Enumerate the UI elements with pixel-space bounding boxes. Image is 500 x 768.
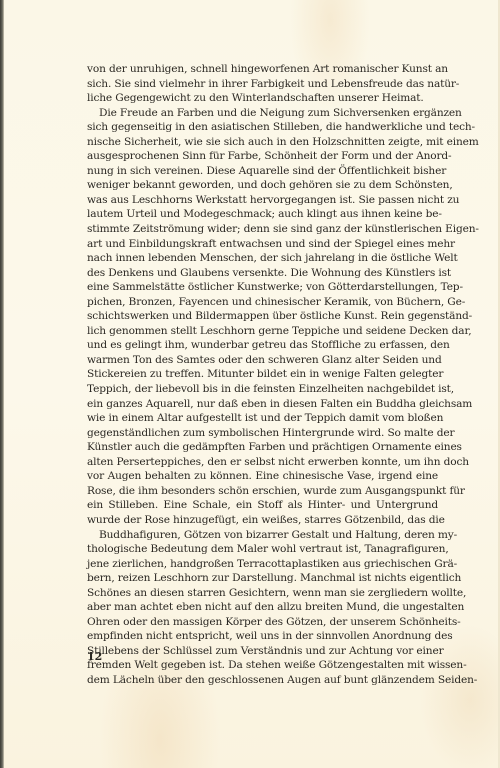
text-line: empfinden nicht entspricht, weil uns in … [87,629,438,644]
text-line: gegenständlichen zum symbolischen Hinter… [87,426,438,441]
text-line: bern, reizen Leschhorn zur Darstellung. … [87,571,438,586]
page-number: 12 [87,650,102,663]
text-line: was aus Leschhorns Werkstatt hervorgegan… [87,193,438,208]
text-line: Rose, die ihm besonders schön erschien, … [87,484,438,499]
text-line: ein ganzes Aquarell, nur daß eben in die… [87,397,438,412]
text-line: schichtswerken und Bildermappen über öst… [87,309,438,324]
text-line: fremden Welt gegeben ist. Da stehen weiß… [87,658,438,673]
text-line: lich genommen stellt Leschhorn gerne Tep… [87,324,438,339]
text-line: art und Einbildungskraft entwachsen und … [87,237,438,252]
text-line: jene zierlichen, handgroßen Terracottapl… [87,557,438,572]
text-line: pichen, Bronzen, Fayencen und chinesisch… [87,295,438,310]
page-binding-edge [0,0,4,768]
text-line: des Denkens und Glaubens versenkte. Die … [87,266,438,281]
text-line: Künstler auch die gedämpften Farben und … [87,440,438,455]
text-line: ausgesprochenen Sinn für Farbe, Schönhei… [87,149,438,164]
text-line: dem Lächeln über den geschlossenen Augen… [87,673,438,688]
text-line: ein Stilleben. Eine Schale, ein Stoff al… [87,498,438,513]
text-line: nische Sicherheit, wie sie sich auch in … [87,135,438,150]
text-line: eine Sammelstätte östlicher Kunstwerke; … [87,280,438,295]
text-line: Schönes an diesen starren Gesichtern, we… [87,586,438,601]
text-line: von der unruhigen, schnell hingeworfenen… [87,62,438,77]
text-line: sich gegenseitig in den asiatischen Stil… [87,120,438,135]
text-line: Stickereien zu treffen. Mitunter bildet … [87,367,438,382]
text-line: sich. Sie sind vielmehr in ihrer Farbigk… [87,77,438,92]
text-line: liche Gegengewicht zu den Winterlandscha… [87,91,438,106]
text-line: stimmte Zeitströmung wider; denn sie sin… [87,222,438,237]
text-line: weniger bekannt geworden, und doch gehör… [87,178,438,193]
text-line: nach innen lebenden Menschen, der sich j… [87,251,438,266]
body-text: von der unruhigen, schnell hingeworfenen… [87,62,438,688]
text-line: Buddhafiguren, Götzen von bizarrer Gesta… [87,528,438,543]
text-line: aber man achtet eben nicht auf den allzu… [87,600,438,615]
text-line: lautem Urteil und Modegeschmack; auch kl… [87,207,438,222]
text-line: und es gelingt ihm, wunderbar getreu das… [87,338,438,353]
text-line: Stillebens der Schlüssel zum Verständnis… [87,644,438,659]
book-page: von der unruhigen, schnell hingeworfenen… [0,0,500,768]
text-line: vor Augen behalten zu können. Eine chine… [87,469,438,484]
text-line: wurde der Rose hinzugefügt, ein weißes, … [87,513,438,528]
text-line: Ohren oder den massigen Körper des Götze… [87,615,438,630]
text-line: alten Perserteppiches, den er selbst nic… [87,455,438,470]
text-line: warmen Ton des Samtes oder den schweren … [87,353,438,368]
text-line: nung in sich vereinen. Diese Aquarelle s… [87,164,438,179]
text-line: Die Freude an Farben und die Neigung zum… [87,106,438,121]
text-line: thologische Bedeutung dem Maler wohl ver… [87,542,438,557]
text-line: Teppich, der liebevoll bis in die feinst… [87,382,438,397]
text-line: wie in einem Altar aufgestellt ist und d… [87,411,438,426]
